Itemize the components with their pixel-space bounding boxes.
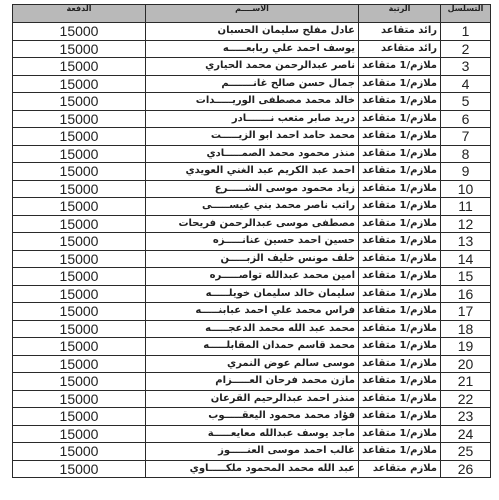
table-row: 11ملازم/1 متقاعدراتب ناصر محمد بني عيســ… [13, 198, 491, 216]
cell-seq: 1 [441, 23, 491, 41]
table-row: 20ملازم/1 متقاعدموسى سالم عوض النمري1500… [13, 355, 491, 373]
table-row: 2رائد متقاعديوسف احمد علي ربابعـــــه150… [13, 40, 491, 58]
cell-payment: 15000 [13, 460, 146, 478]
cell-name: منذر محمود محمد الصمـــــادي [146, 145, 359, 163]
cell-rank: ملازم/1 متقاعد [359, 198, 441, 216]
table-header-row: التسلسل الرتبة الاســــم الدفعة [13, 5, 491, 23]
cell-name: ماجد يوسف عبدالله معايعـــــة [146, 425, 359, 443]
cell-rank: ملازم/1 متقاعد [359, 390, 441, 408]
cell-seq: 6 [441, 110, 491, 128]
table-row: 5ملازم/1 متقاعدخالد محمد مصطفى الوريــــ… [13, 93, 491, 111]
cell-name: خالد محمد مصطفى الوريـــــدات [146, 93, 359, 111]
table-row: 9ملازم/1 متقاعداحمد عبد الكريم عبد الغني… [13, 163, 491, 181]
table-row: 7ملازم/1 متقاعدمحمد حامد احمد ابو الزيــ… [13, 128, 491, 146]
cell-seq: 5 [441, 93, 491, 111]
cell-name: ناصر عبدالرحمن محمد الحياري [146, 58, 359, 76]
table-row: 17ملازم/1 متقاعدفراس محمد علي احمد عبابن… [13, 303, 491, 321]
table-row: 18ملازم/1 متقاعدمحمد عبد الله محمد الدعج… [13, 320, 491, 338]
cell-payment: 15000 [13, 233, 146, 251]
document-page: التسلسل الرتبة الاســــم الدفعة 1رائد مت… [12, 4, 490, 478]
cell-payment: 15000 [13, 198, 146, 216]
table-row: 3ملازم/1 متقاعدناصر عبدالرحمن محمد الحيا… [13, 58, 491, 76]
cell-rank: رائد متقاعد [359, 40, 441, 58]
header-payment: الدفعة [13, 5, 146, 23]
cell-rank: ملازم/1 متقاعد [359, 180, 441, 198]
cell-payment: 15000 [13, 338, 146, 356]
table-row: 25ملازم/1 متقاعدغالب احمد موسى العنـــــ… [13, 443, 491, 461]
cell-name: محمد عبد الله محمد الدعجـــــه [146, 320, 359, 338]
cell-payment: 15000 [13, 40, 146, 58]
header-seq: التسلسل [441, 5, 491, 23]
cell-rank: ملازم/1 متقاعد [359, 268, 441, 286]
cell-payment: 15000 [13, 58, 146, 76]
cell-seq: 20 [441, 355, 491, 373]
cell-seq: 12 [441, 215, 491, 233]
cell-rank: ملازم/1 متقاعد [359, 250, 441, 268]
cell-payment: 15000 [13, 163, 146, 181]
cell-rank: ملازم/1 متقاعد [359, 145, 441, 163]
cell-rank: ملازم/1 متقاعد [359, 163, 441, 181]
cell-payment: 15000 [13, 23, 146, 41]
cell-seq: 14 [441, 250, 491, 268]
cell-name: مازن محمد فرحان العـــــزام [146, 373, 359, 391]
cell-name: موسى سالم عوض النمري [146, 355, 359, 373]
cell-name: منذر احمد عبدالرحيم القرعان [146, 390, 359, 408]
cell-rank: ملازم/1 متقاعد [359, 303, 441, 321]
cell-rank: ملازم/1 متقاعد [359, 338, 441, 356]
table-row: 15ملازم/1 متقاعدامين محمد عبدالله تواصــ… [13, 268, 491, 286]
cell-name: زياد محمود موسى الشـــــرع [146, 180, 359, 198]
cell-seq: 11 [441, 198, 491, 216]
cell-seq: 26 [441, 460, 491, 478]
cell-rank: ملازم/1 متقاعد [359, 443, 441, 461]
cell-payment: 15000 [13, 215, 146, 233]
cell-seq: 8 [441, 145, 491, 163]
cell-seq: 4 [441, 75, 491, 93]
cell-seq: 19 [441, 338, 491, 356]
cell-rank: ملازم/1 متقاعد [359, 355, 441, 373]
cell-payment: 15000 [13, 250, 146, 268]
cell-payment: 15000 [13, 75, 146, 93]
cell-seq: 7 [441, 128, 491, 146]
table-row: 6ملازم/1 متقاعددريد صابر متعب نـــــــاد… [13, 110, 491, 128]
cell-seq: 17 [441, 303, 491, 321]
cell-payment: 15000 [13, 390, 146, 408]
cell-name: خلف مونس خليف الزبـــــن [146, 250, 359, 268]
cell-payment: 15000 [13, 268, 146, 286]
cell-rank: ملازم/1 متقاعد [359, 425, 441, 443]
cell-name: جمال حسن صالح غانـــــــم [146, 75, 359, 93]
cell-rank: ملازم متقاعد [359, 460, 441, 478]
table-row: 16ملازم/1 متقاعدسليمان خالد سليمان خويلـ… [13, 285, 491, 303]
table-row: 23ملازم/1 متقاعدفؤاد محمد محمود اليعقـــ… [13, 408, 491, 426]
cell-payment: 15000 [13, 93, 146, 111]
cell-seq: 13 [441, 233, 491, 251]
cell-payment: 15000 [13, 110, 146, 128]
cell-seq: 23 [441, 408, 491, 426]
cell-payment: 15000 [13, 408, 146, 426]
cell-payment: 15000 [13, 303, 146, 321]
cell-rank: ملازم/1 متقاعد [359, 320, 441, 338]
cell-payment: 15000 [13, 373, 146, 391]
cell-seq: 22 [441, 390, 491, 408]
cell-payment: 15000 [13, 355, 146, 373]
cell-payment: 15000 [13, 285, 146, 303]
table-row: 4ملازم/1 متقاعدجمال حسن صالح غانـــــــم… [13, 75, 491, 93]
table-body: 1رائد متقاعدعادل مفلح سليمان الحسبان1500… [13, 23, 491, 478]
cell-payment: 15000 [13, 443, 146, 461]
retirees-payment-table: التسلسل الرتبة الاســــم الدفعة 1رائد مت… [12, 4, 491, 478]
cell-name: يوسف احمد علي ربابعـــــه [146, 40, 359, 58]
header-rank: الرتبة [359, 5, 441, 23]
cell-name: سليمان خالد سليمان خويلـــــه [146, 285, 359, 303]
cell-seq: 9 [441, 163, 491, 181]
cell-name: حسين احمد حسين عنانـــــزه [146, 233, 359, 251]
cell-seq: 15 [441, 268, 491, 286]
cell-seq: 24 [441, 425, 491, 443]
table-row: 19ملازم/1 متقاعدمحمد قاسم حمدان المقابلـ… [13, 338, 491, 356]
cell-payment: 15000 [13, 320, 146, 338]
cell-name: احمد عبد الكريم عبد الغني العويدي [146, 163, 359, 181]
table-row: 8ملازم/1 متقاعدمنذر محمود محمد الصمـــــ… [13, 145, 491, 163]
cell-seq: 3 [441, 58, 491, 76]
cell-name: محمد قاسم حمدان المقابلـــــه [146, 338, 359, 356]
cell-seq: 10 [441, 180, 491, 198]
cell-payment: 15000 [13, 145, 146, 163]
cell-name: دريد صابر متعب نـــــــادر [146, 110, 359, 128]
cell-name: راتب ناصر محمد بني عيســـــى [146, 198, 359, 216]
cell-rank: ملازم/1 متقاعد [359, 93, 441, 111]
cell-payment: 15000 [13, 128, 146, 146]
cell-name: محمد حامد احمد ابو الزيـــــت [146, 128, 359, 146]
cell-rank: رائد متقاعد [359, 23, 441, 41]
table-row: 24ملازم/1 متقاعدماجد يوسف عبدالله معايعـ… [13, 425, 491, 443]
table-row: 26ملازم متقاعدعبد الله محمد المحمود ملكـ… [13, 460, 491, 478]
cell-rank: ملازم/1 متقاعد [359, 233, 441, 251]
table-row: 13ملازم/1 متقاعدحسين احمد حسين عنانـــــ… [13, 233, 491, 251]
cell-seq: 25 [441, 443, 491, 461]
cell-seq: 21 [441, 373, 491, 391]
table-row: 22ملازم/1 متقاعدمنذر احمد عبدالرحيم القر… [13, 390, 491, 408]
cell-payment: 15000 [13, 425, 146, 443]
cell-name: عادل مفلح سليمان الحسبان [146, 23, 359, 41]
cell-rank: ملازم/1 متقاعد [359, 110, 441, 128]
cell-seq: 2 [441, 40, 491, 58]
cell-rank: ملازم/1 متقاعد [359, 128, 441, 146]
header-name: الاســــم [146, 5, 359, 23]
cell-payment: 15000 [13, 180, 146, 198]
table-row: 14ملازم/1 متقاعدخلف مونس خليف الزبـــــن… [13, 250, 491, 268]
cell-rank: ملازم/1 متقاعد [359, 215, 441, 233]
cell-rank: ملازم/1 متقاعد [359, 75, 441, 93]
cell-rank: ملازم/1 متقاعد [359, 373, 441, 391]
cell-seq: 18 [441, 320, 491, 338]
cell-name: فراس محمد علي احمد عبابنـــــه [146, 303, 359, 321]
cell-name: فؤاد محمد محمود اليعقـــــوب [146, 408, 359, 426]
cell-rank: ملازم/1 متقاعد [359, 285, 441, 303]
cell-name: مصطفى موسى عبدالرحمن فريحات [146, 215, 359, 233]
cell-seq: 16 [441, 285, 491, 303]
table-row: 12ملازم/1 متقاعدمصطفى موسى عبدالرحمن فري… [13, 215, 491, 233]
table-row: 1رائد متقاعدعادل مفلح سليمان الحسبان1500… [13, 23, 491, 41]
cell-name: امين محمد عبدالله تواصـــــره [146, 268, 359, 286]
cell-name: غالب احمد موسى العنـــــوز [146, 443, 359, 461]
cell-name: عبد الله محمد المحمود ملكـــــاوي [146, 460, 359, 478]
cell-rank: ملازم/1 متقاعد [359, 58, 441, 76]
table-row: 10ملازم/1 متقاعدزياد محمود موسى الشـــــ… [13, 180, 491, 198]
cell-rank: ملازم/1 متقاعد [359, 408, 441, 426]
table-row: 21ملازم/1 متقاعدمازن محمد فرحان العـــــ… [13, 373, 491, 391]
